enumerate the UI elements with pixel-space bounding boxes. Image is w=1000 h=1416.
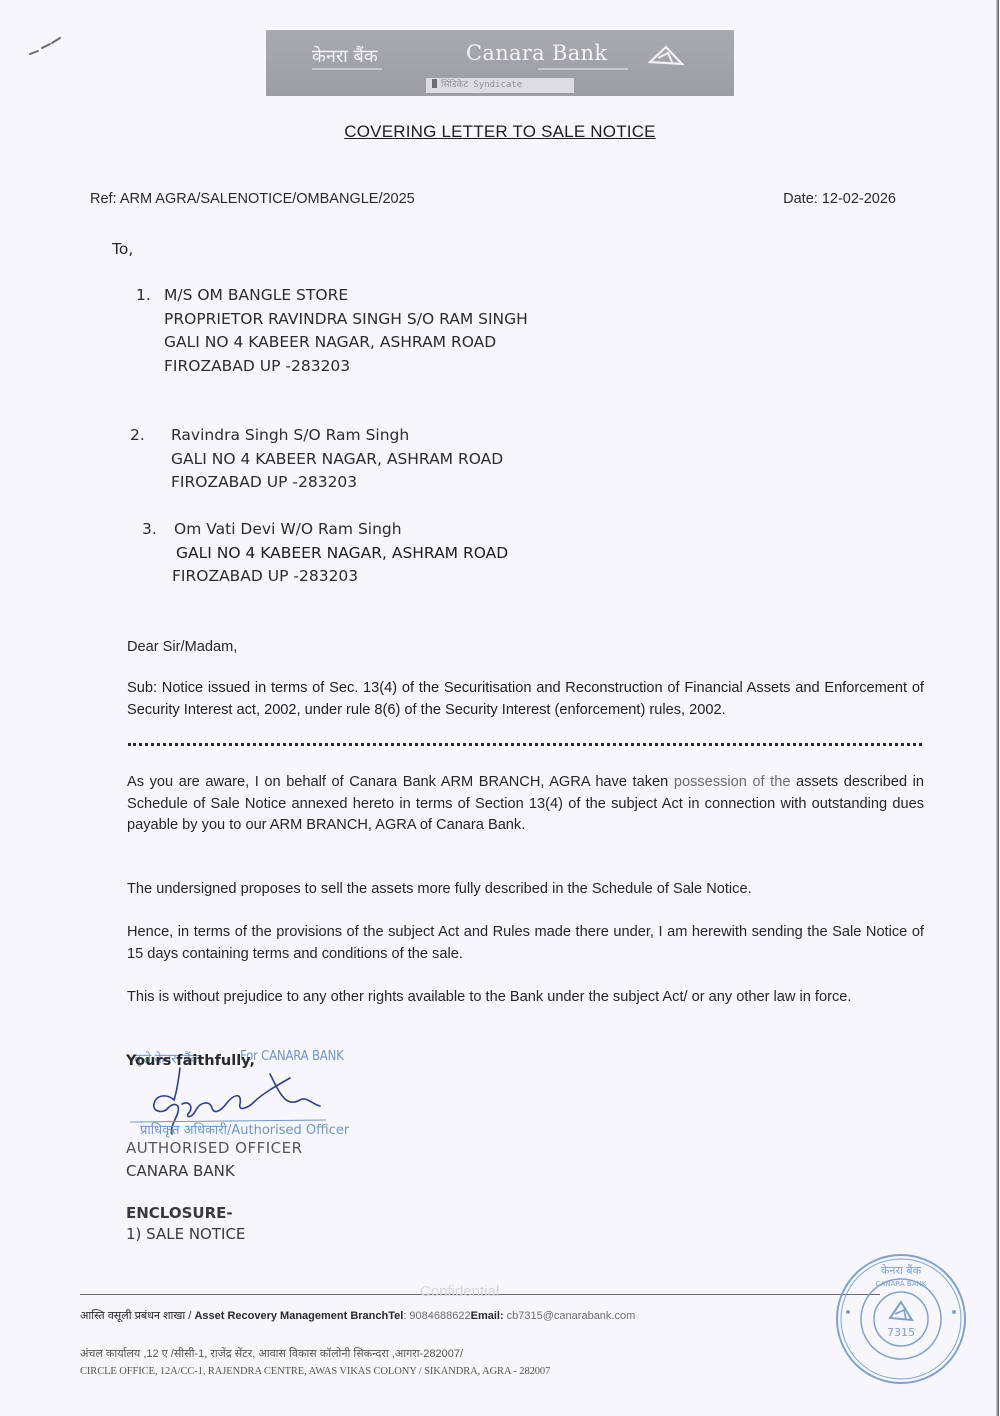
canara-triangle-icon xyxy=(646,44,686,68)
document-title: COVERING LETTER TO SALE NOTICE xyxy=(0,122,1000,142)
recipient-line: FIROZABAD UP -283203 xyxy=(171,471,503,495)
logo-tagline xyxy=(538,68,628,70)
recipient-line: Ravindra Singh S/O Ram Singh xyxy=(171,424,503,448)
recipient-number: 2. xyxy=(130,424,145,448)
enclosure-title: ENCLOSURE- xyxy=(126,1204,233,1222)
svg-text:केनरा बैंक: केनरा बैंक xyxy=(881,1264,922,1277)
letter-date: Date: 12-02-2026 xyxy=(783,191,896,207)
syndicate-badge: सिंडिकेट Syndicate xyxy=(426,78,574,93)
svg-text:CANARA BANK: CANARA BANK xyxy=(876,1280,927,1288)
body-paragraph-1: As you are aware, I on behalf of Canara … xyxy=(127,772,924,837)
bank-name: CANARA BANK xyxy=(126,1162,235,1180)
recipient-line: Om Vati Devi W/O Ram Singh xyxy=(174,518,508,542)
logo-hindi: केनरा बैंक xyxy=(312,44,378,68)
officer-stamp: प्राधिकृत अधिकारी/Authorised Officer xyxy=(140,1120,349,1138)
officer-title: AUTHORISED OFFICER xyxy=(126,1139,303,1157)
recipient-line: GALI NO 4 KABEER NAGAR, ASHRAM ROAD xyxy=(164,331,528,355)
stray-mark xyxy=(26,34,70,56)
page-edge xyxy=(996,0,999,1416)
confidential-watermark: Confidential xyxy=(420,1283,499,1300)
recipient-line: GALI NO 4 KABEER NAGAR, ASHRAM ROAD xyxy=(176,542,508,566)
bank-logo-banner: केनरा बैंक Canara Bank सिंडिकेट Syndicat… xyxy=(266,30,734,96)
logo-tagline xyxy=(312,68,382,70)
subject-line: Sub: Notice issued in terms of Sec. 13(4… xyxy=(127,678,924,721)
reference-number: Ref: ARM AGRA/SALENOTICE/OMBANGLE/2025 xyxy=(90,191,415,207)
recipient-line: FIROZABAD UP -283203 xyxy=(164,355,528,379)
logo-english: Canara Bank xyxy=(466,41,607,65)
greeting: Dear Sir/Madam, xyxy=(127,637,924,659)
recipient-line: FIROZABAD UP -283203 xyxy=(172,565,508,589)
footer-circle-office-english: CIRCLE OFFICE, 12A/CC-1, RAJENDRA CENTRE… xyxy=(80,1366,550,1377)
enclosure-item: 1) SALE NOTICE xyxy=(126,1225,245,1243)
authority-stamp-english: For CANARA BANK xyxy=(240,1049,344,1064)
svg-text:7315: 7315 xyxy=(887,1326,915,1339)
recipient-line: PROPRIETOR RAVINDRA SINGH S/O RAM SINGH xyxy=(164,308,528,332)
to-label: To, xyxy=(112,240,133,258)
recipient-line: GALI NO 4 KABEER NAGAR, ASHRAM ROAD xyxy=(171,448,503,472)
body-paragraph-3: Hence, in terms of the provisions of the… xyxy=(127,922,924,965)
recipient-number: 1. xyxy=(136,284,151,308)
bank-seal-icon: 7315 केनरा बैंक CANARA BANK xyxy=(834,1252,968,1386)
dotted-divider xyxy=(128,743,922,746)
footer-circle-office-hindi: अंचल कार्यालय ,12 ए /सीसी-1, राजेंद्र से… xyxy=(80,1346,463,1361)
body-paragraph-2: The undersigned proposes to sell the ass… xyxy=(127,879,924,901)
body-paragraph-4: This is without prejudice to any other r… xyxy=(127,987,924,1009)
footer-branch-contact: आस्ति वसूली प्रबंधन शाखा / Asset Recover… xyxy=(80,1308,635,1323)
recipient-line: M/S OM BANGLE STORE xyxy=(164,284,528,308)
recipient-number: 3. xyxy=(142,518,157,542)
